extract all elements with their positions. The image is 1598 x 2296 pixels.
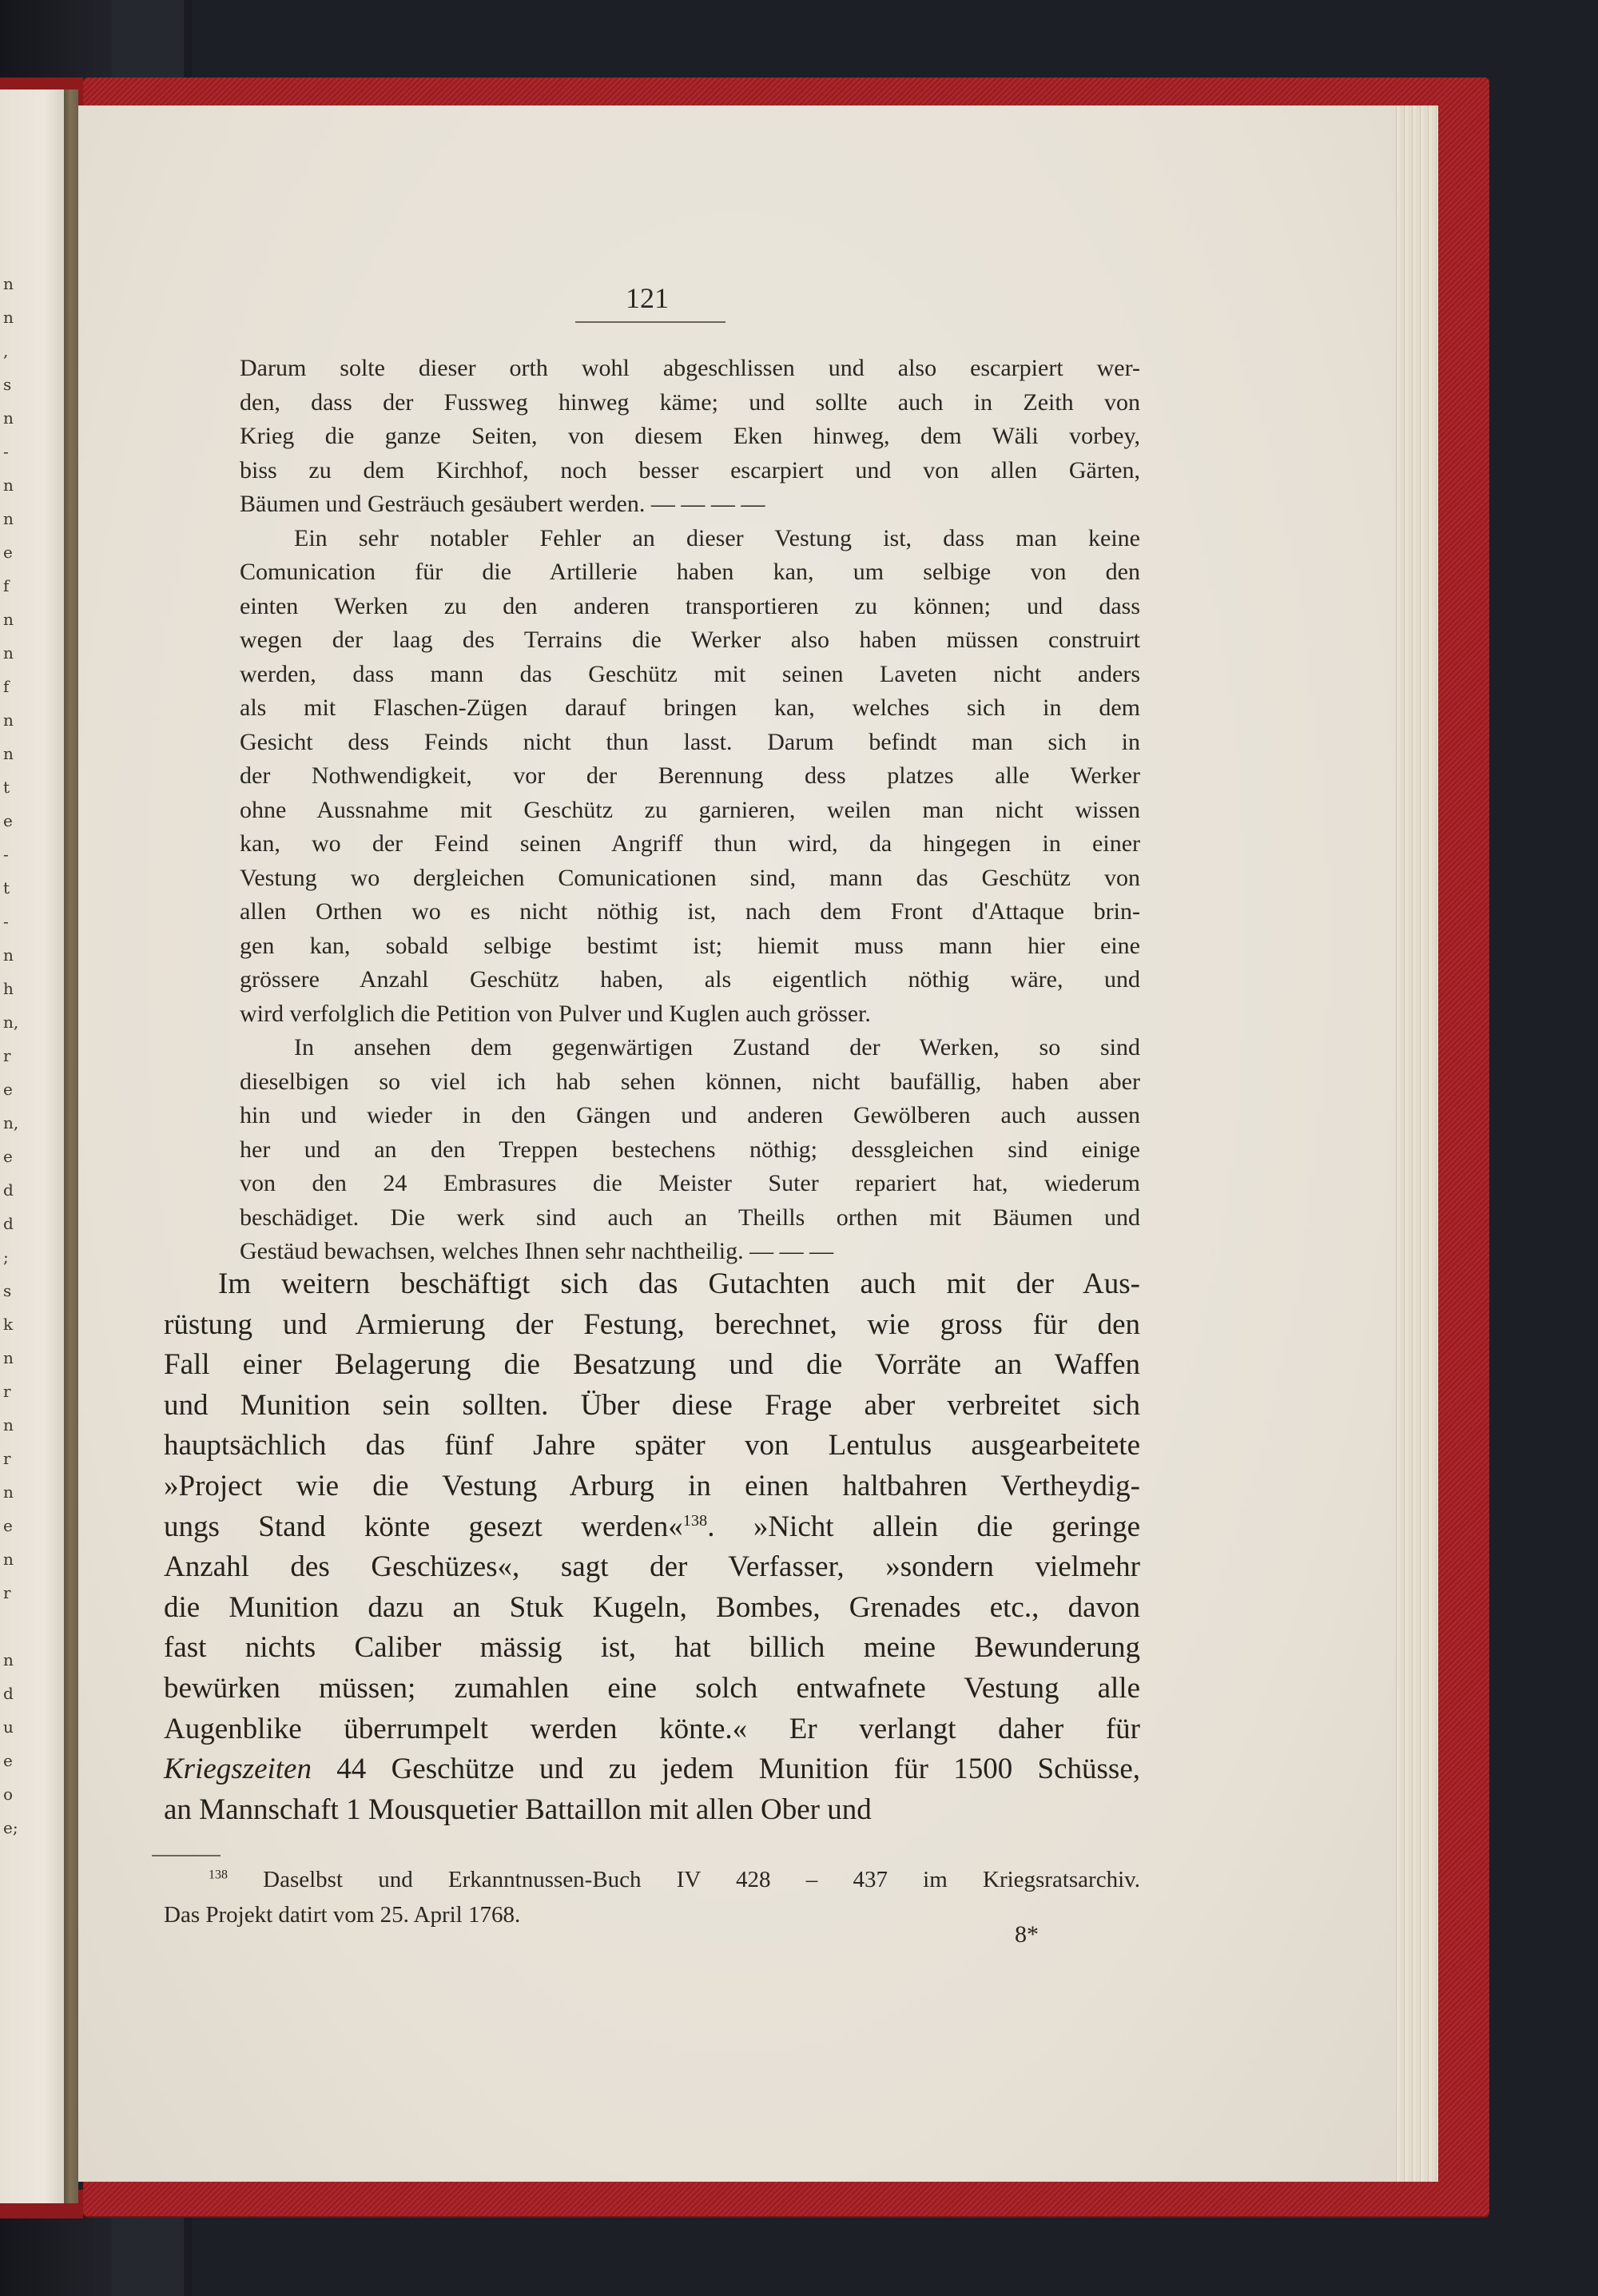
left-page-fragment-char: n bbox=[3, 703, 27, 737]
quote-line: wird verfolglich die Petition von Pulver… bbox=[240, 997, 1140, 1032]
footnotes: 138 Daselbst und Erkanntnussen-Buch IV 4… bbox=[164, 1862, 1140, 1932]
quote-line: Gesicht dess Feinds nicht thun lasst. Da… bbox=[240, 726, 1140, 760]
body-line: hauptsächlich das fünf Jahre später von … bbox=[164, 1426, 1140, 1466]
footnote-rule bbox=[152, 1855, 221, 1856]
quote-line: hin und wieder in den Gängen und anderen… bbox=[240, 1099, 1140, 1133]
body-line: fast nichts Caliber mässig ist, hat bill… bbox=[164, 1628, 1140, 1669]
signature-mark: 8* bbox=[1015, 1921, 1039, 1948]
left-page-fragment-char: o bbox=[3, 1777, 27, 1811]
left-page-fragment-char: n bbox=[3, 1408, 27, 1442]
body-line-segment: . »Nicht allein die geringe bbox=[707, 1510, 1140, 1543]
left-page-fragment: nn,sn-nnefnnfnnte-t-nhn,ren,edd;sknrnrne… bbox=[0, 90, 64, 2203]
quote-line: werden, dass mann das Geschütz mit seine… bbox=[240, 658, 1140, 692]
left-page-fragment-char: n bbox=[3, 468, 27, 502]
quote-line: den, dass der Fussweg hinweg käme; und s… bbox=[240, 386, 1140, 420]
left-page-fragment-char: t bbox=[3, 871, 27, 905]
left-page-fragment-char: u bbox=[3, 1710, 27, 1744]
body-line: Augenblike überrumpelt werden könte.« Er… bbox=[164, 1709, 1140, 1750]
left-page-fragment-char: h bbox=[3, 972, 27, 1005]
quote-line: dieselbigen so viel ich hab sehen können… bbox=[240, 1065, 1140, 1100]
quote-line: beschädiget. Die werk sind auch an Theil… bbox=[240, 1201, 1140, 1236]
book-gutter bbox=[64, 90, 78, 2203]
left-page-fragment-char: n bbox=[3, 737, 27, 770]
body-line: rüstung und Armierung der Festung, berec… bbox=[164, 1305, 1140, 1346]
left-page-fragment-char: d bbox=[3, 1207, 27, 1240]
left-page-fragment-char: , bbox=[3, 334, 27, 368]
quote-line: von den 24 Embrasures die Meister Suter … bbox=[240, 1167, 1140, 1201]
left-page-fragment-char: r bbox=[3, 1442, 27, 1475]
left-page-fragment-char: d bbox=[3, 1677, 27, 1710]
left-page-fragment-char bbox=[3, 1610, 27, 1643]
footnote-line: 138 Daselbst und Erkanntnussen-Buch IV 4… bbox=[164, 1862, 1140, 1897]
left-page-line-endings: nn,sn-nnefnnfnnte-t-nhn,ren,edd;sknrnrne… bbox=[3, 267, 27, 1844]
body-line: Im weitern beschäftigt sich das Gutachte… bbox=[164, 1264, 1140, 1305]
left-page-fragment-char: - bbox=[3, 435, 27, 468]
left-page-fragment-char: e bbox=[3, 1140, 27, 1173]
footnote-text: Daselbst und Erkanntnussen-Buch IV 428 –… bbox=[263, 1867, 1140, 1892]
quote-line: Ein sehr notabler Fehler an dieser Vestu… bbox=[240, 522, 1140, 556]
body-line: ungs Stand könte gesezt werden«138. »Nic… bbox=[164, 1507, 1140, 1548]
left-page-fragment-char: ; bbox=[3, 1240, 27, 1274]
left-page-fragment-char: s bbox=[3, 1274, 27, 1307]
left-page-fragment-char: e bbox=[3, 804, 27, 838]
quoted-document-block: Darum solte dieser orth wohl abgeschliss… bbox=[240, 352, 1140, 1269]
body-line: Kriegszeiten 44 Geschütze und zu jedem M… bbox=[164, 1749, 1140, 1790]
quote-line: gen kan, sobald selbige bestimt ist; hie… bbox=[240, 929, 1140, 964]
left-page-fragment-char: n bbox=[3, 300, 27, 334]
left-page-fragment-char: n bbox=[3, 938, 27, 972]
quote-line: allen Orthen wo es nicht nöthig ist, nac… bbox=[240, 895, 1140, 929]
quote-line: her und an den Treppen bestechens nöthig… bbox=[240, 1133, 1140, 1168]
footnote-marker: 138 bbox=[209, 1868, 228, 1882]
quote-line: Vestung wo dergleichen Comunicationen si… bbox=[240, 861, 1140, 896]
left-page-fragment-char: s bbox=[3, 368, 27, 401]
left-page-fragment-char: f bbox=[3, 670, 27, 703]
left-page-fragment-char: e bbox=[3, 535, 27, 569]
left-page-fragment-char: e bbox=[3, 1509, 27, 1542]
left-page-fragment-char: e; bbox=[3, 1811, 27, 1844]
quote-line: der Nothwendigkeit, vor der Berennung de… bbox=[240, 759, 1140, 794]
left-page-fragment-char: e bbox=[3, 1744, 27, 1777]
quote-line: grössere Anzahl Geschütz haben, als eige… bbox=[240, 963, 1140, 997]
left-page-fragment-char: r bbox=[3, 1039, 27, 1072]
page-number: 121 bbox=[607, 281, 687, 315]
footnote-reference: 138 bbox=[683, 1511, 708, 1529]
quote-line: In ansehen dem gegenwärtigen Zustand der… bbox=[240, 1031, 1140, 1065]
italic-term: Kriegszeiten bbox=[164, 1753, 312, 1785]
left-page-fragment-char: - bbox=[3, 838, 27, 871]
left-page-fragment-char: n bbox=[3, 603, 27, 636]
left-page-fragment-char: k bbox=[3, 1307, 27, 1341]
left-page-fragment-char: t bbox=[3, 770, 27, 804]
left-page-fragment-char: d bbox=[3, 1173, 27, 1207]
left-page-fragment-char: r bbox=[3, 1576, 27, 1610]
body-line: die Munition dazu an Stuk Kugeln, Bombes… bbox=[164, 1588, 1140, 1629]
left-page-fragment-char: n bbox=[3, 1341, 27, 1375]
left-page-fragment-char: n, bbox=[3, 1106, 27, 1140]
quote-line: kan, wo der Feind seinen Angriff thun wi… bbox=[240, 827, 1140, 861]
left-page-fragment-char: - bbox=[3, 905, 27, 938]
quote-line: Bäumen und Gesträuch gesäubert werden. —… bbox=[240, 487, 1140, 522]
body-line: und Munition sein sollten. Über diese Fr… bbox=[164, 1386, 1140, 1427]
left-page-fragment-char: n bbox=[3, 1475, 27, 1509]
header-rule bbox=[575, 321, 725, 323]
quote-line: Krieg die ganze Seiten, von diesem Eken … bbox=[240, 420, 1140, 454]
body-line-segment: ungs Stand könte gesezt werden« bbox=[164, 1510, 683, 1543]
left-page-fragment-char: f bbox=[3, 569, 27, 603]
quote-line: biss zu dem Kirchhof, noch besser escarp… bbox=[240, 454, 1140, 488]
quote-line: ohne Aussnahme mit Geschütz zu garnieren… bbox=[240, 794, 1140, 828]
quote-line: als mit Flaschen-Zügen darauf bringen ka… bbox=[240, 691, 1140, 726]
page-edges bbox=[1392, 105, 1438, 2182]
quote-line: einten Werken zu den anderen transportie… bbox=[240, 590, 1140, 624]
left-page-fragment-char: n bbox=[3, 1643, 27, 1677]
quote-line: Comunication für die Artillerie haben ka… bbox=[240, 555, 1140, 590]
left-page-fragment-char: n bbox=[3, 401, 27, 435]
quote-line: wegen der laag des Terrains die Werker a… bbox=[240, 623, 1140, 658]
body-line: »Project wie die Vestung Arburg in einen… bbox=[164, 1466, 1140, 1507]
body-line: Anzahl des Geschüzes«, sagt der Verfasse… bbox=[164, 1547, 1140, 1588]
quote-line: Darum solte dieser orth wohl abgeschliss… bbox=[240, 352, 1140, 386]
left-page-fragment-char: n bbox=[3, 502, 27, 535]
body-paragraph: Im weitern beschäftigt sich das Gutachte… bbox=[164, 1264, 1140, 1830]
body-line: bewürken müssen; zumahlen eine solch ent… bbox=[164, 1669, 1140, 1709]
left-page-fragment-char: r bbox=[3, 1375, 27, 1408]
left-page-fragment-char: e bbox=[3, 1072, 27, 1106]
left-page-fragment-char: n bbox=[3, 267, 27, 300]
body-line-segment: 44 Geschütze und zu jedem Munition für 1… bbox=[312, 1753, 1140, 1785]
left-page-fragment-char: n, bbox=[3, 1005, 27, 1039]
body-line: Fall einer Belagerung die Besatzung und … bbox=[164, 1345, 1140, 1386]
left-page-fragment-char: n bbox=[3, 1542, 27, 1576]
left-page-fragment-char: n bbox=[3, 636, 27, 670]
body-line: an Mannschaft 1 Mousquetier Battaillon m… bbox=[164, 1790, 1140, 1831]
footnote-line: Das Projekt datirt vom 25. April 1768. bbox=[164, 1897, 1140, 1932]
